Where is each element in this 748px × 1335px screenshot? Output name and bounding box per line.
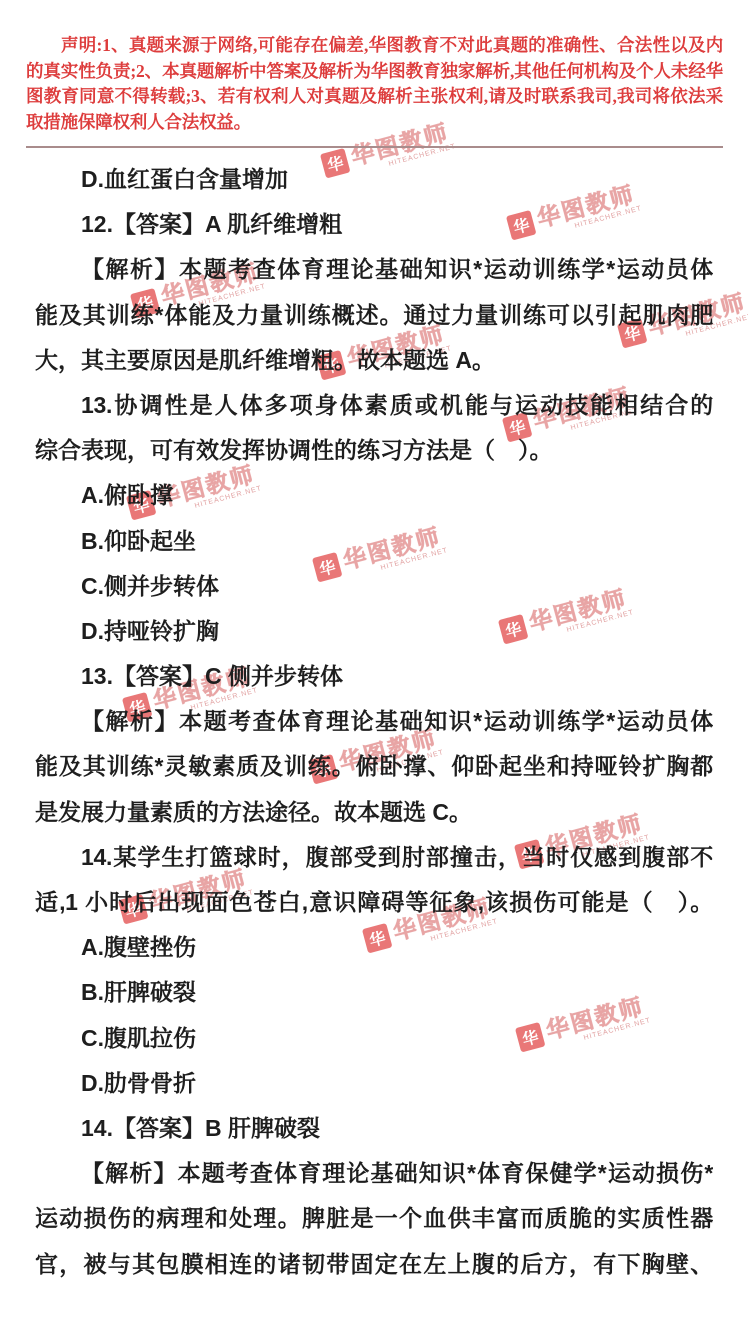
disclaimer-line: 声明:1、真题来源于网络,可能存在偏差,华图教育不对此真题的准确性、合法性以及内…	[26, 33, 723, 59]
document-body: D.血红蛋白含量增加12.【答案】A 肌纤维增粗【解析】本题考查体育理论基础知识…	[35, 157, 713, 1287]
disclaimer-line: 图教育同意不得转载;3、若有权利人对真题及解析主张权利,请及时联系我司,我司将依…	[26, 84, 723, 110]
document-line: 综合表现，可有效发挥协调性的练习方法是（ ）。	[35, 428, 713, 473]
document-line: C.侧并步转体	[35, 564, 713, 609]
document-line: D.持哑铃扩胸	[35, 609, 713, 654]
disclaimer: 声明:1、真题来源于网络,可能存在偏差,华图教育不对此真题的准确性、合法性以及内…	[26, 33, 723, 136]
document-line: 13.【答案】C 侧并步转体	[35, 654, 713, 699]
document-line: 12.【答案】A 肌纤维增粗	[35, 202, 713, 247]
document-line: A.腹壁挫伤	[35, 925, 713, 970]
document-line: 能及其训练*体能及力量训练概述。通过力量训练可以引起肌肉肥	[35, 293, 713, 338]
document-line: 13.协调性是人体多项身体素质或机能与运动技能相结合的	[35, 383, 713, 428]
document-line: B.肝脾破裂	[35, 970, 713, 1015]
document-line: C.腹肌拉伤	[35, 1016, 713, 1061]
document-line: 是发展力量素质的方法途径。故本题选 C。	[35, 790, 713, 835]
exam-solution-page: 华华图教师HITEACHER.NET华华图教师HITEACHER.NET华华图教…	[0, 0, 748, 1335]
document-line: 适,1 小时后出现面色苍白,意识障碍等征象,该损伤可能是（ ）。	[35, 880, 713, 925]
disclaimer-line: 的真实性负责;2、本真题解析中答案及解析为华图教育独家解析,其他任何机构及个人未…	[26, 59, 723, 85]
document-line: 【解析】本题考查体育理论基础知识*体育保健学*运动损伤*	[35, 1151, 713, 1196]
document-line: 大，其主要原因是肌纤维增粗。故本题选 A。	[35, 338, 713, 383]
disclaimer-divider	[26, 146, 723, 148]
document-line: B.仰卧起坐	[35, 519, 713, 564]
document-line: 14.【答案】B 肝脾破裂	[35, 1106, 713, 1151]
document-line: 运动损伤的病理和处理。脾脏是一个血供丰富而质脆的实质性器	[35, 1196, 713, 1241]
document-line: 【解析】本题考查体育理论基础知识*运动训练学*运动员体	[35, 699, 713, 744]
document-line: 14.某学生打篮球时，腹部受到肘部撞击，当时仅感到腹部不	[35, 835, 713, 880]
document-line: D.肋骨骨折	[35, 1061, 713, 1106]
disclaimer-line: 取措施保障权利人合法权益。	[26, 110, 723, 136]
document-line: A.俯卧撑	[35, 473, 713, 518]
document-line: 能及其训练*灵敏素质及训练。俯卧撑、仰卧起坐和持哑铃扩胸都	[35, 744, 713, 789]
document-line: 官，被与其包膜相连的诸韧带固定在左上腹的后方，有下胸壁、	[35, 1242, 713, 1287]
document-line: D.血红蛋白含量增加	[35, 157, 713, 202]
document-line: 【解析】本题考查体育理论基础知识*运动训练学*运动员体	[35, 247, 713, 292]
